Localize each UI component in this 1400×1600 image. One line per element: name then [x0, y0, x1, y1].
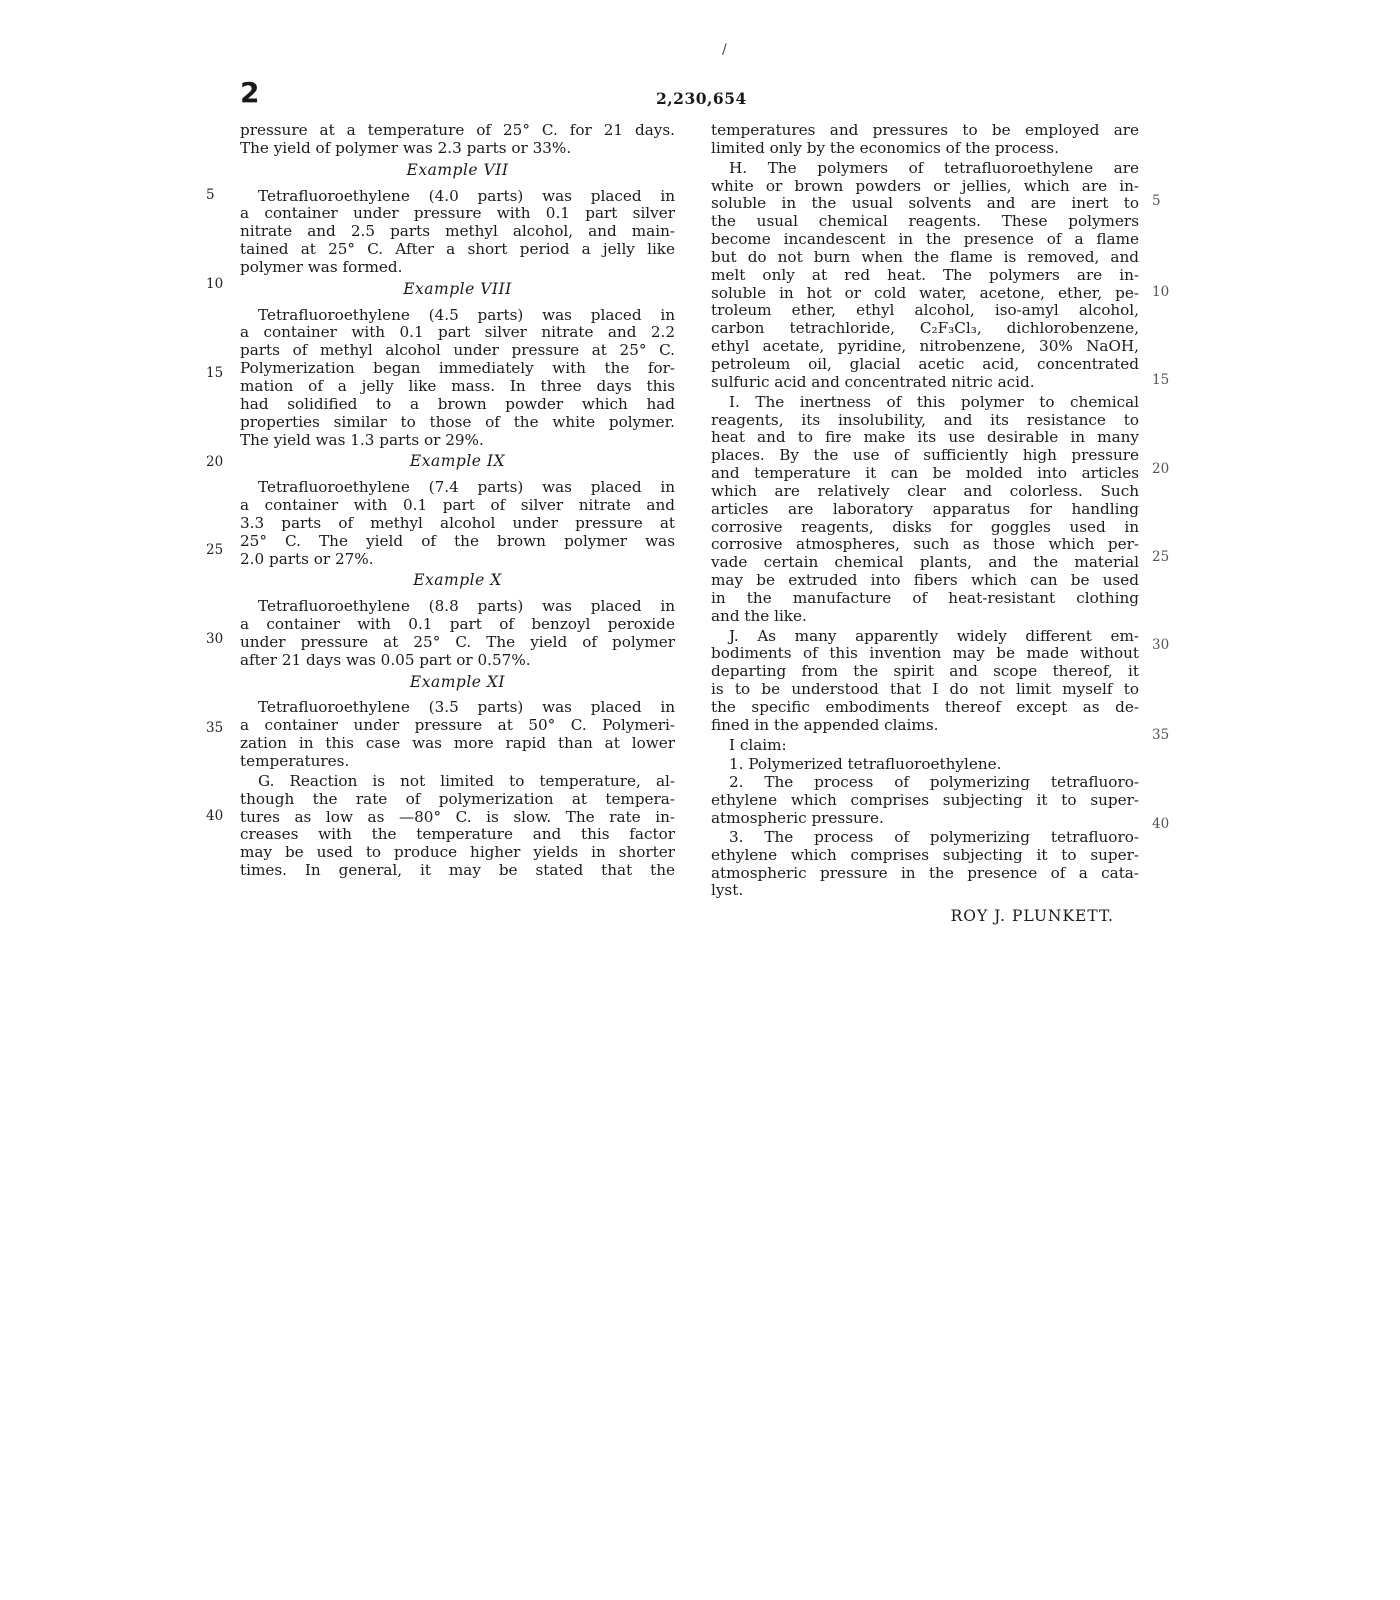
line-number: 30 [206, 631, 223, 647]
text-line: white or brown powders or jellies, which… [711, 178, 1139, 196]
text-line: carbon tetrachloride, C₂F₃Cl₃, dichlorob… [711, 320, 1139, 338]
text-line: tained at 25° C. After a short period a … [240, 241, 675, 259]
text-line: and the like. [711, 608, 1139, 626]
line-number: 35 [206, 720, 223, 736]
text-line: Tetrafluoroethylene (4.0 parts) was plac… [240, 188, 675, 206]
text-line: a container with 0.1 part of benzoyl per… [240, 616, 675, 634]
text-line: heat and to fire make its use desirable … [711, 429, 1139, 447]
text-line: mation of a jelly like mass. In three da… [240, 378, 675, 396]
text-line: 25° C. The yield of the brown polymer wa… [240, 533, 675, 551]
text-line: times. In general, it may be stated that… [240, 862, 675, 880]
example-heading: Example VIII [240, 281, 675, 299]
text-line: ethyl acetate, pyridine, nitrobenzene, 3… [711, 338, 1139, 356]
stray-mark: / [722, 42, 727, 58]
text-line: troleum ether, ethyl alcohol, iso-amyl a… [711, 302, 1139, 320]
line-number: 20 [206, 454, 223, 470]
text-line: under pressure at 25° C. The yield of po… [240, 634, 675, 652]
example-section: Example VIIITetrafluoroethylene (4.5 par… [240, 281, 675, 450]
patent-number: 2,230,654 [656, 89, 747, 108]
line-number: 40 [206, 808, 223, 824]
text-line: soluble in hot or cold water, acetone, e… [711, 285, 1139, 303]
text-line: the usual chemical reagents. These polym… [711, 213, 1139, 231]
line-number: 15 [206, 365, 223, 381]
text-line: may be extruded into fibers which can be… [711, 572, 1139, 590]
text-line: melt only at red heat. The polymers are … [711, 267, 1139, 285]
text-line: articles are laboratory apparatus for ha… [711, 501, 1139, 519]
example-section: Example XITetrafluoroethylene (3.5 parts… [240, 674, 675, 771]
inventor-signature: ROY J. PLUNKETT. [711, 908, 1139, 926]
text-line: limited only by the economics of the pro… [711, 140, 1139, 158]
text-line: creases with the temperature and this fa… [240, 826, 675, 844]
claims-intro: I claim: [711, 737, 1139, 755]
text-line: had solidified to a brown powder which h… [240, 396, 675, 414]
text-line: ethylene which comprises subjecting it t… [711, 847, 1139, 865]
example-section: Example VIITetrafluoroethylene (4.0 part… [240, 162, 675, 277]
text-line: corrosive reagents, disks for goggles us… [711, 519, 1139, 537]
text-line: 2.0 parts or 27%. [240, 551, 675, 569]
text-line: which are relatively clear and colorless… [711, 483, 1139, 501]
text-line: zation in this case was more rapid than … [240, 735, 675, 753]
text-line: G. Reaction is not limited to temperatur… [240, 773, 675, 791]
text-line: The yield of polymer was 2.3 parts or 33… [240, 140, 675, 158]
text-line: H. The polymers of tetrafluoroethylene a… [711, 160, 1139, 178]
text-line: parts of methyl alcohol under pressure a… [240, 342, 675, 360]
text-line: Tetrafluoroethylene (4.5 parts) was plac… [240, 307, 675, 325]
text-line: bodiments of this invention may be made … [711, 645, 1139, 663]
text-line: but do not burn when the flame is remove… [711, 249, 1139, 267]
claim: 2. The process of polymerizing tetrafluo… [711, 774, 1139, 828]
text-line: polymer was formed. [240, 259, 675, 277]
text-line: Tetrafluoroethylene (7.4 parts) was plac… [240, 479, 675, 497]
paragraph-h: H. The polymers of tetrafluoroethylene a… [711, 160, 1139, 392]
text-line: atmospheric pressure in the presence of … [711, 865, 1139, 883]
text-line: petroleum oil, glacial acetic acid, conc… [711, 356, 1139, 374]
text-line: 1. Polymerized tetrafluoroethylene. [711, 756, 1139, 774]
line-number: 15 [1152, 372, 1169, 388]
example-heading: Example VII [240, 162, 675, 180]
text-line: nitrate and 2.5 parts methyl alcohol, an… [240, 223, 675, 241]
line-number: 5 [206, 187, 215, 203]
example-section: Example XTetrafluoroethylene (8.8 parts)… [240, 572, 675, 669]
text-line: the specific embodiments thereof except … [711, 699, 1139, 717]
paragraph-g: G. Reaction is not limited to temperatur… [240, 773, 675, 880]
text-line: a container under pressure with 0.1 part… [240, 205, 675, 223]
left-column: pressure at a temperature of 25° C. for … [240, 122, 675, 880]
text-line: a container under pressure at 50° C. Pol… [240, 717, 675, 735]
line-number: 10 [1152, 284, 1169, 300]
claim: 1. Polymerized tetrafluoroethylene. [711, 756, 1139, 774]
text-line: lyst. [711, 882, 1139, 900]
text-line: Tetrafluoroethylene (3.5 parts) was plac… [240, 699, 675, 717]
claim: 3. The process of polymerizing tetrafluo… [711, 829, 1139, 900]
example-heading: Example X [240, 572, 675, 590]
text-line: soluble in the usual solvents and are in… [711, 195, 1139, 213]
text-line: ethylene which comprises subjecting it t… [711, 792, 1139, 810]
line-number: 5 [1152, 193, 1161, 209]
example-heading: Example XI [240, 674, 675, 692]
text-line: become incandescent in the presence of a… [711, 231, 1139, 249]
line-number: 40 [1152, 816, 1169, 832]
text-line: corrosive atmospheres, such as those whi… [711, 536, 1139, 554]
text-line: places. By the use of sufficiently high … [711, 447, 1139, 465]
example-heading: Example IX [240, 453, 675, 471]
page-number: 2 [240, 76, 260, 109]
text-line: 3. The process of polymerizing tetrafluo… [711, 829, 1139, 847]
text-line: a container with 0.1 part silver nitrate… [240, 324, 675, 342]
text-line: atmospheric pressure. [711, 810, 1139, 828]
line-number: 25 [206, 542, 223, 558]
line-number: 25 [1152, 549, 1169, 565]
text-line: departing from the spirit and scope ther… [711, 663, 1139, 681]
text-line: J. As many apparently widely different e… [711, 628, 1139, 646]
text-line: sulfuric acid and concentrated nitric ac… [711, 374, 1139, 392]
text-line: after 21 days was 0.05 part or 0.57%. [240, 652, 675, 670]
text-line: Polymerization began immediately with th… [240, 360, 675, 378]
text-line: pressure at a temperature of 25° C. for … [240, 122, 675, 140]
line-number: 10 [206, 276, 223, 292]
paragraph-j: J. As many apparently widely different e… [711, 628, 1139, 735]
right-column: temperatures and pressures to be employe… [711, 122, 1139, 926]
text-line: is to be understood that I do not limit … [711, 681, 1139, 699]
text-line: tures as low as —80° C. is slow. The rat… [240, 809, 675, 827]
text-line: may be used to produce higher yields in … [240, 844, 675, 862]
text-line: properties similar to those of the white… [240, 414, 675, 432]
text-line: though the rate of polymerization at tem… [240, 791, 675, 809]
text-line: temperatures and pressures to be employe… [711, 122, 1139, 140]
text-line: fined in the appended claims. [711, 717, 1139, 735]
text-line: vade certain chemical plants, and the ma… [711, 554, 1139, 572]
text-line: 3.3 parts of methyl alcohol under pressu… [240, 515, 675, 533]
text-line: I. The inertness of this polymer to chem… [711, 394, 1139, 412]
text-line: in the manufacture of heat-resistant clo… [711, 590, 1139, 608]
line-number: 35 [1152, 727, 1169, 743]
line-number: 20 [1152, 461, 1169, 477]
text-line: Tetrafluoroethylene (8.8 parts) was plac… [240, 598, 675, 616]
text-line: 2. The process of polymerizing tetrafluo… [711, 774, 1139, 792]
text-line: and temperature it can be molded into ar… [711, 465, 1139, 483]
text-line: temperatures. [240, 753, 675, 771]
text-line: The yield was 1.3 parts or 29%. [240, 432, 675, 450]
text-line: reagents, its insolubility, and its resi… [711, 412, 1139, 430]
line-number: 30 [1152, 637, 1169, 653]
example-section: Example IXTetrafluoroethylene (7.4 parts… [240, 453, 675, 568]
text-line: a container with 0.1 part of silver nitr… [240, 497, 675, 515]
paragraph-i: I. The inertness of this polymer to chem… [711, 394, 1139, 626]
